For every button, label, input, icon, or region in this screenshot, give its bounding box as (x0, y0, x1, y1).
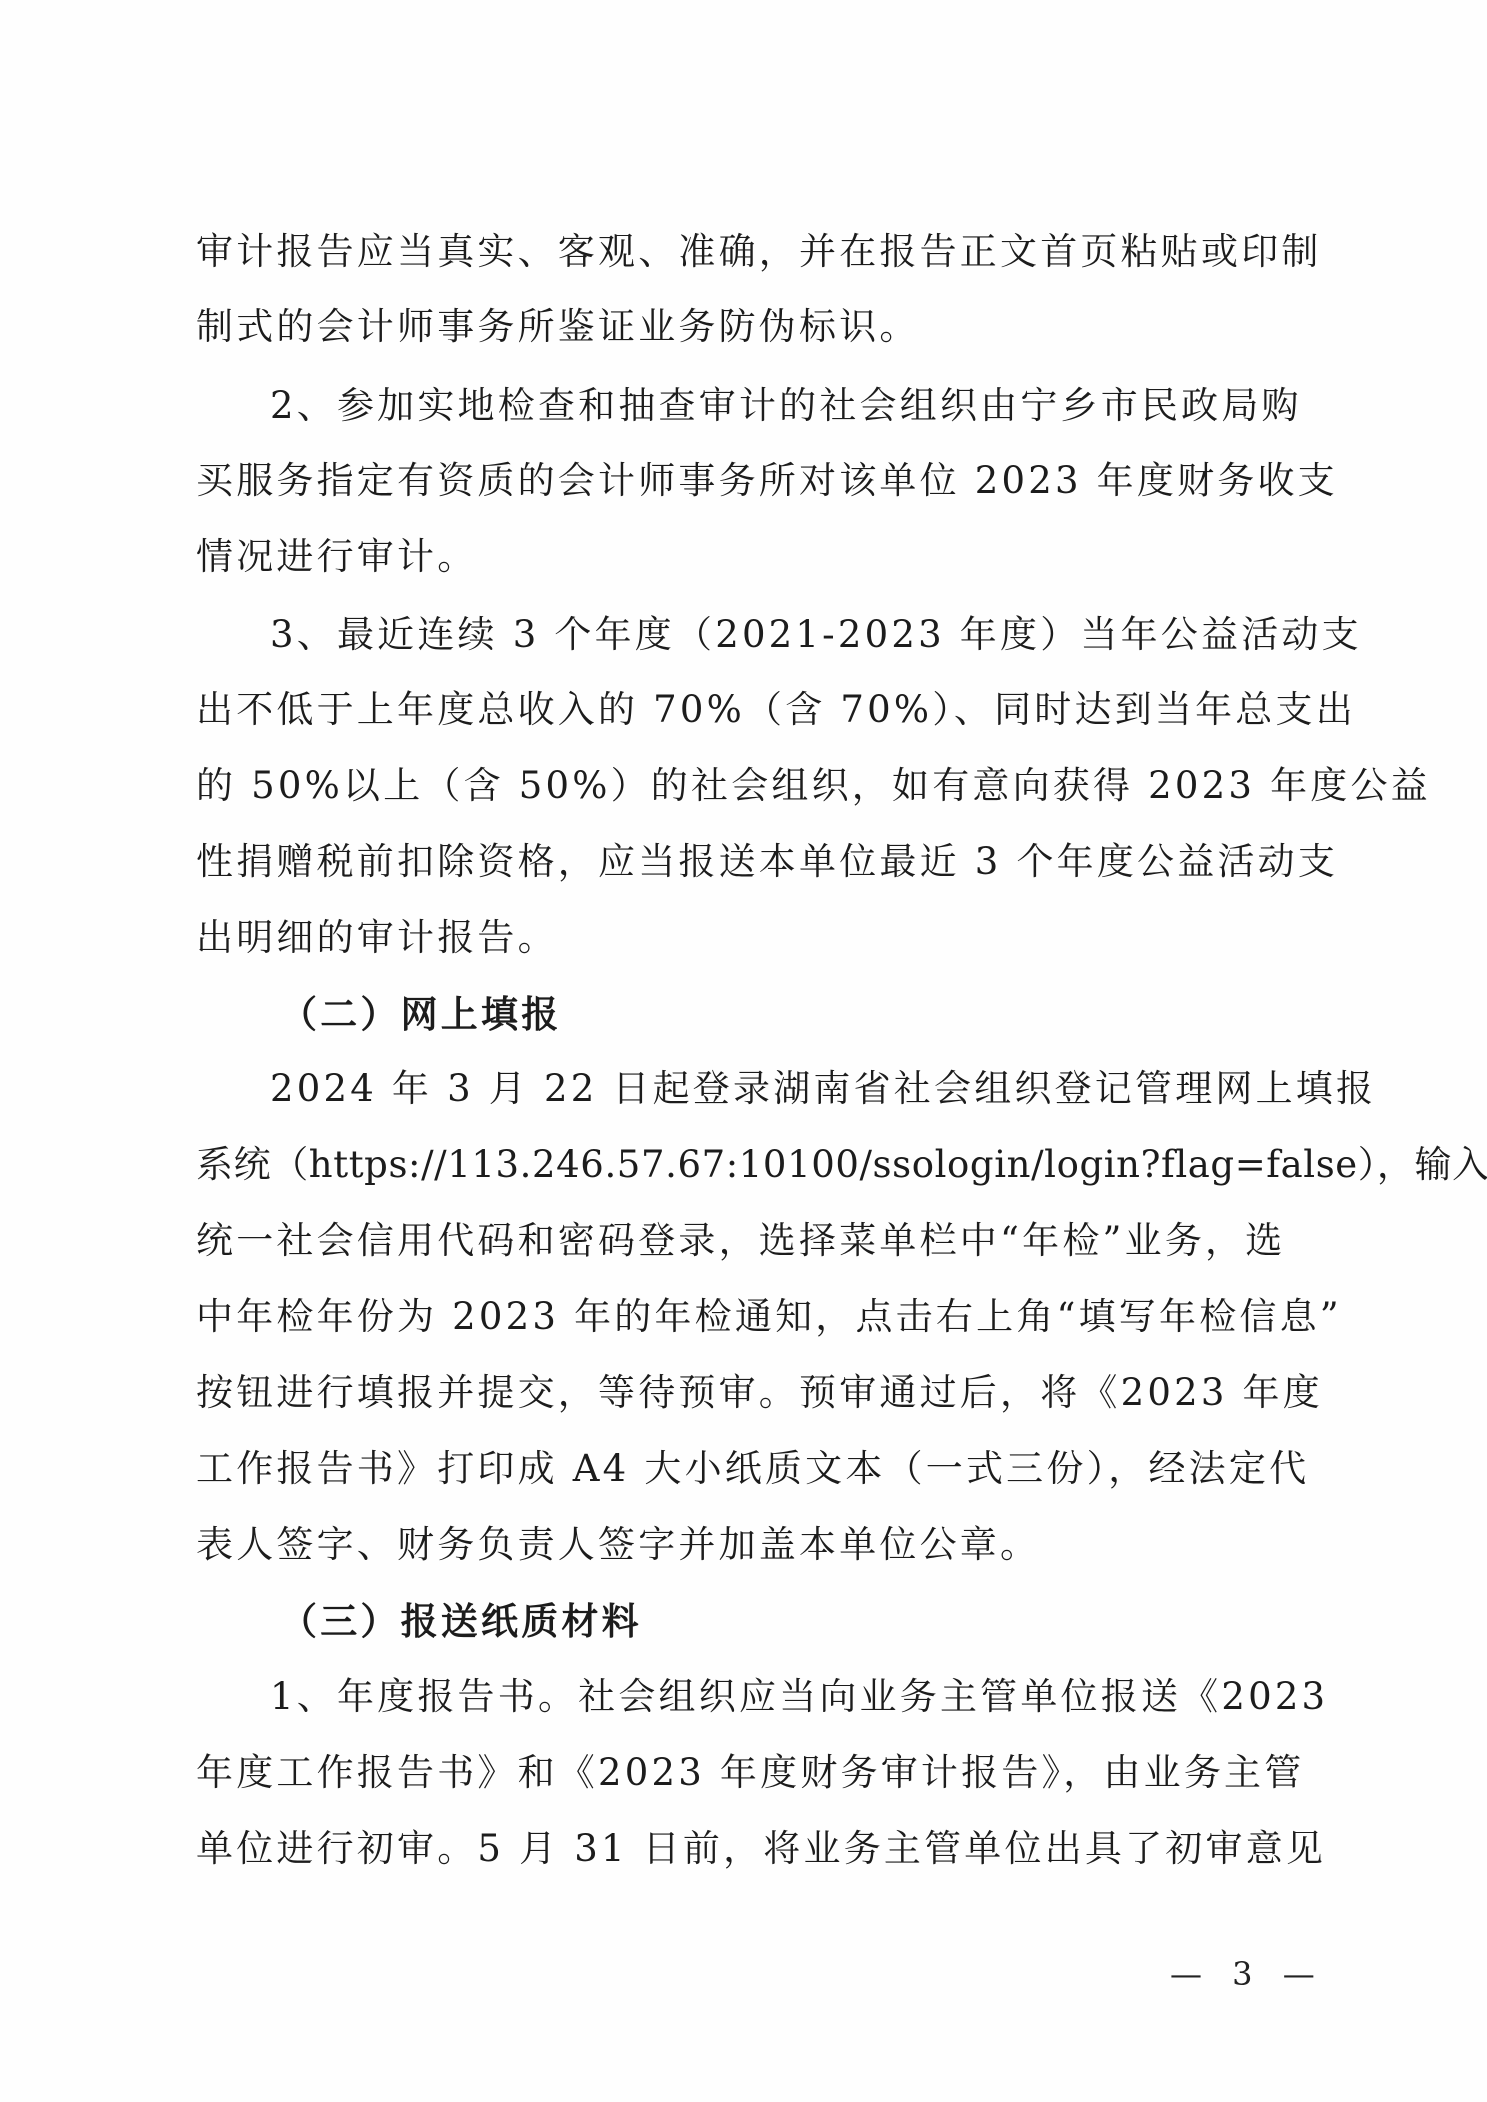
document-page: 审计报告应当真实、客观、准确，并在报告正文首页粘贴或印制 制式的会计师事务所鉴证… (0, 0, 1487, 2102)
paragraph-line: 按钮进行填报并提交，等待预审。预审通过后，将《2023 年度 (196, 1370, 1336, 1416)
paragraph-line: 3、最近连续 3 个年度（2021-2023 年度）当年公益活动支 (270, 612, 1336, 658)
paragraph-line: 表人签字、财务负责人签字并加盖本单位公章。 (196, 1522, 1336, 1568)
paragraph-line: 年度工作报告书》和《2023 年度财务审计报告》，由业务主管 (196, 1750, 1336, 1796)
paragraph-line: 出不低于上年度总收入的 70%（含 70%）、同时达到当年总支出 (196, 687, 1336, 733)
paragraph-line: 工作报告书》打印成 A4 大小纸质文本（一式三份），经法定代 (196, 1446, 1336, 1492)
paragraph-line: 情况进行审计。 (196, 534, 1336, 580)
paragraph-line: 2024 年 3 月 22 日起登录湖南省社会组织登记管理网上填报 (270, 1066, 1336, 1112)
paragraph-line: 单位进行初审。5 月 31 日前，将业务主管单位出具了初审意见 (196, 1826, 1336, 1872)
paragraph-line: 审计报告应当真实、客观、准确，并在报告正文首页粘贴或印制 (196, 229, 1336, 275)
paragraph-line: 性捐赠税前扣除资格，应当报送本单位最近 3 个年度公益活动支 (196, 839, 1336, 885)
page-number: — 3 — (1170, 1955, 1325, 1993)
paragraph-line: 统一社会信用代码和密码登录，选择菜单栏中“年检”业务，选 (196, 1218, 1336, 1264)
paragraph-line: 买服务指定有资质的会计师事务所对该单位 2023 年度财务收支 (196, 458, 1336, 504)
paragraph-line: 1、年度报告书。社会组织应当向业务主管单位报送《2023 (270, 1674, 1336, 1720)
section-heading-online-filing: （二）网上填报 (280, 991, 1420, 1037)
section-heading-paper-materials: （三）报送纸质材料 (280, 1598, 1420, 1644)
paragraph-line: 中年检年份为 2023 年的年检通知，点击右上角“填写年检信息” (196, 1294, 1336, 1340)
paragraph-line: 的 50%以上（含 50%）的社会组织，如有意向获得 2023 年度公益 (196, 763, 1336, 809)
paragraph-line-url: 系统（https://113.246.57.67:10100/ssologin/… (196, 1142, 1336, 1188)
paragraph-line: 制式的会计师事务所鉴证业务防伪标识。 (196, 304, 1336, 350)
paragraph-line: 2、参加实地检查和抽查审计的社会组织由宁乡市民政局购 (270, 383, 1336, 429)
paragraph-line: 出明细的审计报告。 (196, 915, 1336, 961)
